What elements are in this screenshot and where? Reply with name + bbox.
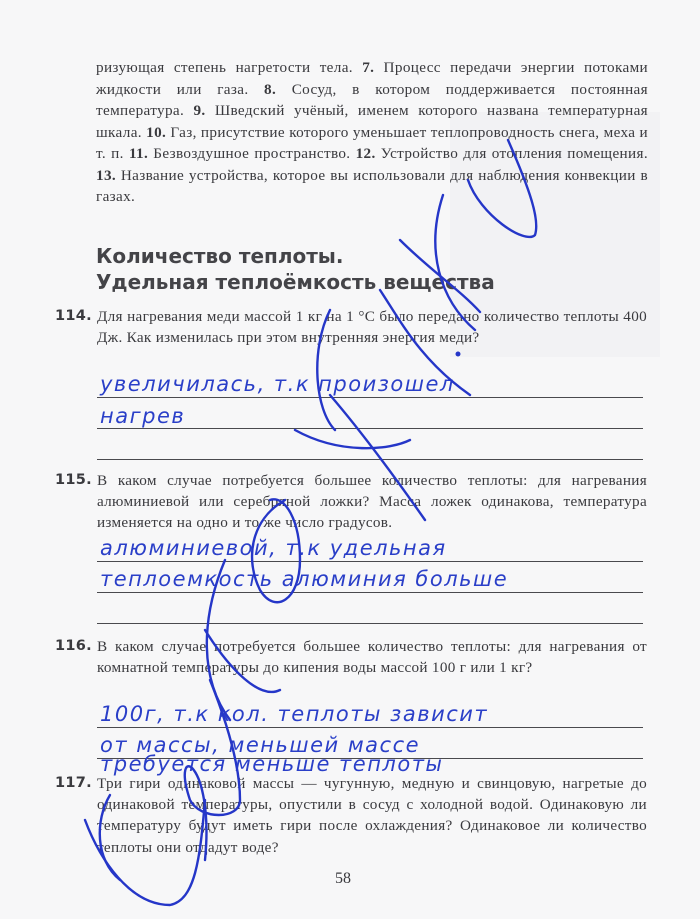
answer-line[interactable] xyxy=(97,727,643,728)
page-number: 58 xyxy=(335,870,351,888)
task-question: Три гири одинаковой массы — чугунную, ме… xyxy=(97,773,647,858)
handwritten-answer: теплоемкость алюминия больше xyxy=(100,567,508,591)
task-number: 115. xyxy=(55,470,92,491)
task-117: 117. Три гири одинаковой массы — чугунну… xyxy=(55,773,647,858)
workbook-page: ризующая степень нагретости тела. 7. Про… xyxy=(0,0,700,919)
task-question: В каком случае потребуется большее колич… xyxy=(97,636,647,678)
item-number: 9. xyxy=(193,102,205,119)
answer-line[interactable] xyxy=(97,428,643,429)
task-question: В каком случае потребуется большее колич… xyxy=(97,470,647,534)
section-title-line2: Удельная теплоёмкость вещества xyxy=(96,269,495,295)
answer-line[interactable] xyxy=(97,592,643,593)
item-number: 11. xyxy=(129,145,148,162)
answer-line[interactable] xyxy=(97,623,643,624)
task-question: Для нагревания меди массой 1 кг на 1 °С … xyxy=(97,306,647,348)
answer-line[interactable] xyxy=(97,397,643,398)
section-title-line1: Количество теплоты. xyxy=(96,243,495,269)
intro-paragraph: ризующая степень нагретости тела. 7. Про… xyxy=(96,57,648,208)
handwritten-answer: алюминиевой, т.к удельная xyxy=(100,536,447,560)
item-number: 7. xyxy=(362,59,374,76)
task-number: 117. xyxy=(55,773,92,794)
intro-text: ризующая степень нагретости тела. xyxy=(96,59,362,76)
task-number: 116. xyxy=(55,636,92,657)
task-115: 115. В каком случае потребуется большее … xyxy=(55,470,647,534)
item-number: 13. xyxy=(96,167,116,184)
item-number: 8. xyxy=(264,81,276,98)
intro-text: Безвоздушное пространство. xyxy=(148,145,355,162)
answer-line[interactable] xyxy=(97,561,643,562)
answer-line[interactable] xyxy=(97,459,643,460)
section-title: Количество теплоты. Удельная теплоёмкост… xyxy=(96,243,495,295)
intro-text: Устройство для отопления помещения. xyxy=(376,145,648,162)
handwritten-answer: увеличилась, т.к произошел xyxy=(100,372,455,396)
handwritten-answer: 100г, т.к кол. теплоты зависит xyxy=(100,702,488,726)
handwritten-answer: нагрев xyxy=(100,404,185,428)
intro-text: Название устройства, которое вы использо… xyxy=(96,167,648,206)
task-116: 116. В каком случае потребуется большее … xyxy=(55,636,647,678)
task-number: 114. xyxy=(55,306,92,327)
item-number: 12. xyxy=(356,145,376,162)
task-114: 114. Для нагревания меди массой 1 кг на … xyxy=(55,306,647,348)
item-number: 10. xyxy=(146,124,166,141)
